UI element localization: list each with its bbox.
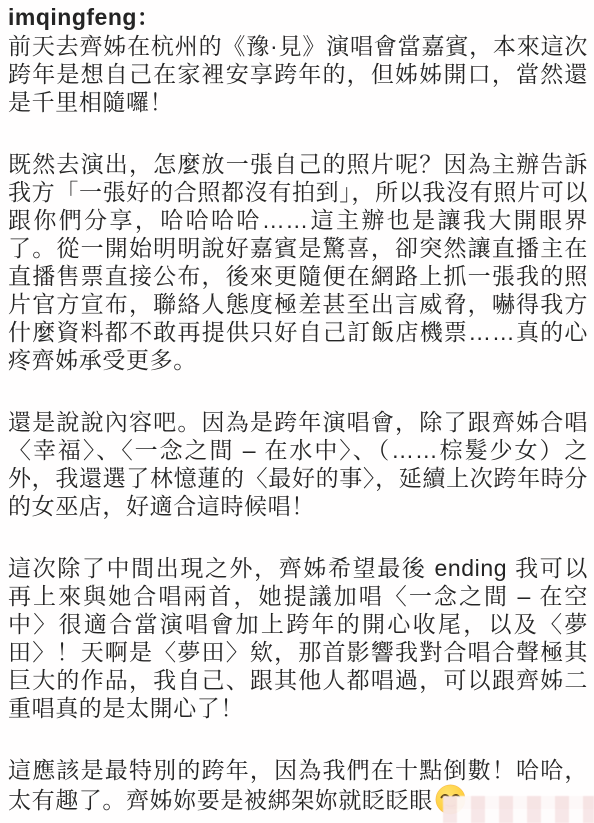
- post-paragraph-4: 這次除了中間出現之外，齊姊希望最後 ending 我可以再上來與她合唱兩首，她提…: [8, 554, 588, 722]
- post-paragraph-3: 還是說說內容吧。因為是跨年演唱會，除了跟齊姊合唱〈幸福〉、〈一念之間 – 在水中…: [8, 408, 588, 520]
- post-page: imqingfeng： 前天去齊姊在杭州的《豫·見》演唱會當嘉賓，本來這次跨年是…: [0, 0, 594, 823]
- watermark-mosaic: [443, 796, 594, 823]
- post-author-username[interactable]: imqingfeng：: [8, 3, 588, 32]
- post-paragraph-1: 前天去齊姊在杭州的《豫·見》演唱會當嘉賓，本來這次跨年是想自己在家裡安享跨年的，…: [8, 32, 588, 116]
- post-paragraph-2: 既然去演出，怎麼放一張自己的照片呢？因為主辦告訴我方「一張好的合照都沒有拍到」，…: [8, 150, 588, 374]
